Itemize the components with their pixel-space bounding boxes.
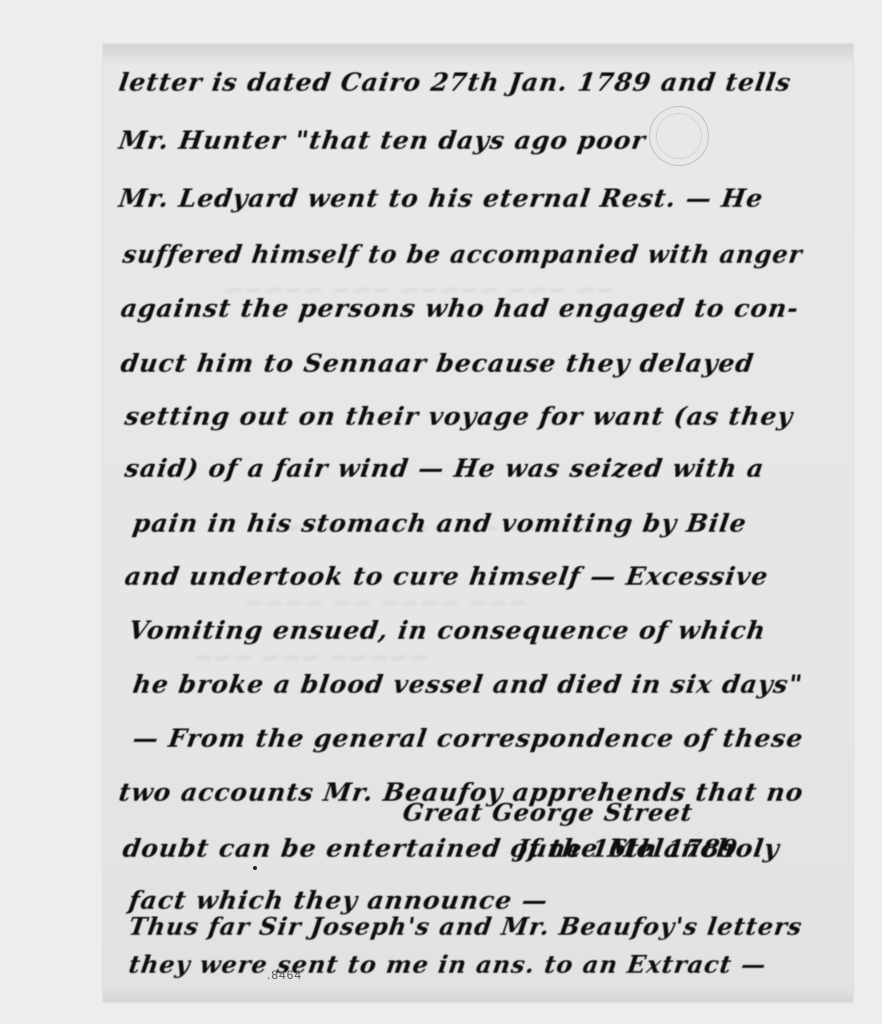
postscript-line-1: Thus far Sir Joseph's and Mr. Beaufoy's … (127, 912, 805, 941)
body-line-2: Mr. Hunter "that ten days ago poor (117, 126, 648, 155)
body-line-7: setting out on their voyage for want (as… (123, 402, 795, 431)
signature-place: Great George Street (401, 798, 695, 827)
body-line-9: pain in his stomach and vomiting by Bile (131, 509, 749, 538)
postscript-line-2: they were sent to me in ans. to an Extra… (127, 950, 768, 979)
archive-number: .8464 (267, 968, 302, 982)
bleed-through-text: ~~~ ~~~~ ~~ ~~~~ (241, 589, 529, 617)
body-line-3: Mr. Ledyard went to his eternal Rest. — … (117, 184, 765, 213)
body-line-10: and undertook to cure himself — Excessiv… (123, 562, 771, 591)
body-line-4: suffered himself to be accompanied with … (121, 240, 805, 269)
signature-date: June 16th 1789 (515, 834, 740, 863)
body-line-16: fact which they announce — (127, 886, 550, 915)
body-line-6: duct him to Sennaar because they delayed (119, 349, 756, 378)
body-line-12: he broke a blood vessel and died in six … (131, 670, 805, 699)
body-line-5: against the persons who had engaged to c… (119, 294, 801, 323)
manuscript-page: ~~ ~~~ ~~~~~ ~~~ ~~~~~ ~~~~ ~~ ~~~ ~~~~~… (103, 44, 853, 1002)
body-line-13: — From the general correspondence of the… (131, 724, 805, 753)
ink-spot (253, 866, 257, 870)
bleed-through-text: ~~~~~ ~~~ ~~~ (191, 644, 431, 672)
body-line-8: said) of a fair wind — He was seized wit… (123, 454, 766, 483)
archive-stamp (649, 106, 709, 166)
body-line-1: letter is dated Cairo 27th Jan. 1789 and… (117, 68, 793, 97)
body-line-11: Vomiting ensued, in consequence of which (127, 616, 768, 645)
